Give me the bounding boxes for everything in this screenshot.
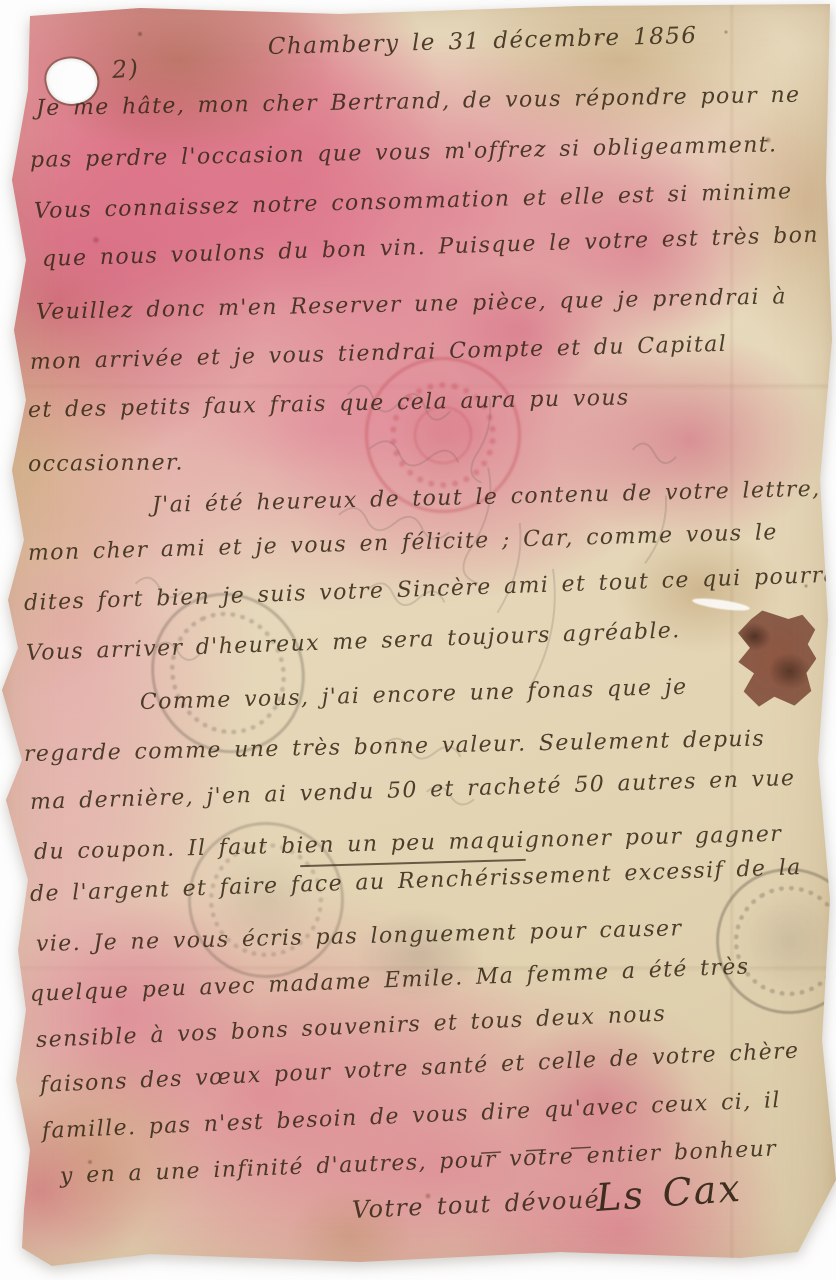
paper-shadow: 2) Chambery le 31 décembre 1856 Je me hâ…: [0, 0, 836, 1280]
paper: 2) Chambery le 31 décembre 1856 Je me hâ…: [0, 0, 836, 1280]
letter-photo: 2) Chambery le 31 décembre 1856 Je me hâ…: [0, 0, 836, 1280]
annotation-mark: 2): [111, 54, 140, 84]
letter-line: occasionner.: [28, 450, 184, 477]
ink-smudge: [330, 890, 510, 1020]
